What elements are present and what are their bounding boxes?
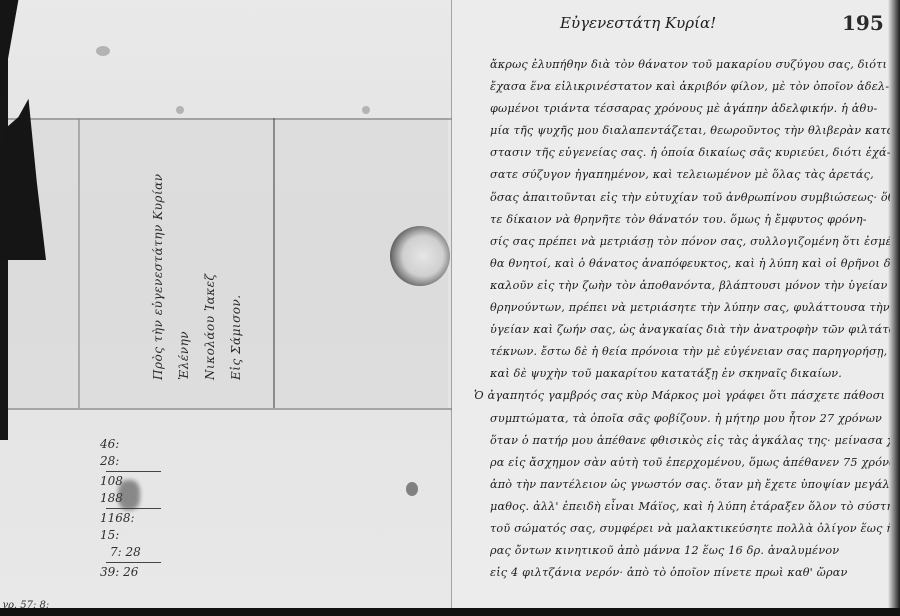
text-line: σατε σύζυγον ἠγαπημένον, καὶ τελειωμένον… [490,164,890,186]
vertical-fold-line [78,118,80,408]
text-line: τε δίκαιον νὰ θρηνῆτε τὸν θάνατόν του. ὅ… [490,209,890,231]
ink-stain [176,106,184,114]
salutation: Εὐγενεστάτη Κυρία! [560,14,716,32]
text-line: ὑγείαν καὶ ζωήν σας, ὡς ἀναγκαίας διὰ τὴ… [490,319,890,341]
tally-calculation: 46: 28: 108 188 1168: 15: 7: 28 39: 26 [100,436,161,581]
text-line: ἀπὸ τὴν παντέλειον ὡς γνωστόν σας. ὅταν … [490,474,890,496]
text-line: μία τῆς ψυχῆς μου διαλαπεντάζεται, θεωρο… [490,120,890,142]
text-line: θα θνητοί, καὶ ὁ θάνατος ἀναπόφευκτος, κ… [490,253,890,275]
text-line: ὅταν ὁ πατήρ μου ἀπέθανε φθισικὸς εἰς τὰ… [490,430,890,452]
wax-seal [390,226,450,286]
address-page: Πρὸς τὴν εὐγενεστάτην Κυρίαν Ἐλένην Νικο… [0,0,452,610]
tally-row: 15: [100,527,161,544]
letter-body: ἄκρως ἐλυπήθην διὰ τὸν θάνατον τοῦ μακαρ… [490,54,890,584]
horizontal-fold-line [8,408,452,410]
ink-stain [362,106,370,114]
address-line-name: Νικολάου Ἰακεζ [197,170,223,380]
tally-row: 28: [100,453,161,470]
tally-row: 7: 28 [100,544,161,561]
text-line: καλοῦν εἰς τὴν ζωὴν τὸν ἀποθανόντα, βλάπ… [490,275,890,297]
text-line: ρας ὄντων κινητικοῦ ἀπὸ μάννα 12 ἕως 16 … [490,540,890,562]
text-line: καὶ δὲ ψυχὴν τοῦ μακαρίτου κατατάξῃ ἐν σ… [490,363,890,385]
text-line: ρα εἰς ἄσχημον σὰν αὐτὴ τοῦ ἐπερχομένου,… [490,452,890,474]
tally-row: 1168: [100,510,161,527]
paragraph-start-line: Ὁ ἀγαπητός γαμβρός σας κὺρ Μάρκος μοὶ γρ… [474,385,890,407]
tally-row: 46: [100,436,161,453]
tally-rule [106,562,161,563]
text-line: ὅσας ἀπαιτοῦνται εἰς τὴν εὐτυχίαν τοῦ ἀν… [490,187,890,209]
ink-stain [406,482,418,496]
text-line: εἰς 4 φιλτζάνια νερόν· ἀπὸ τὸ ὁποῖον πίν… [490,562,890,584]
address-block: Πρὸς τὴν εὐγενεστάτην Κυρίαν Ἐλένην Νικο… [145,170,275,380]
horizontal-fold-line [8,118,452,120]
address-line-recipient: Πρὸς τὴν εὐγενεστάτην Κυρίαν Ἐλένην [145,170,197,380]
text-line: τέκνων. ἔστω δὲ ἡ θεία πρόνοια τὴν μὲ εὐ… [490,341,890,363]
address-line-destination: Εἰς Σάμισον. [223,170,249,380]
text-line: ἄκρως ἐλυπήθην διὰ τὸν θάνατον τοῦ μακαρ… [490,54,890,76]
tally-rule [106,471,161,472]
tally-total: 39: 26 [100,564,161,581]
text-line: μαθος. ἀλλ' ἐπειδὴ εἶναι Μάϊος, καὶ ἡ λύ… [490,496,890,518]
ink-blot [118,480,140,510]
ink-stain [96,46,110,56]
text-line: σίς σας πρέπει νὰ μετριάσῃ τὸν πόνον σας… [490,231,890,253]
text-line: ἔχασα ἕνα εἰλικρινέστατον καὶ ἀκριβόν φί… [490,76,890,98]
text-line: συμπτώματα, τὰ ὁποῖα σᾶς φοβίζουν. ἡ μήτ… [490,408,890,430]
scan-background-bottom [0,608,900,616]
folio-number: 195 [842,11,884,35]
text-line: τοῦ σώματός σας, συμφέρει νὰ μαλακτικεύσ… [490,518,890,540]
text-line: στασιν τῆς εὐγενείας σας. ἡ ὁποία δικαίω… [490,142,890,164]
text-line: θρηνούντων, πρέπει νὰ μετριάσητε τὴν λύπ… [490,297,890,319]
text-line: φωμένοι τριάντα τέσσαρας χρόνους μὲ ἀγάπ… [490,98,890,120]
